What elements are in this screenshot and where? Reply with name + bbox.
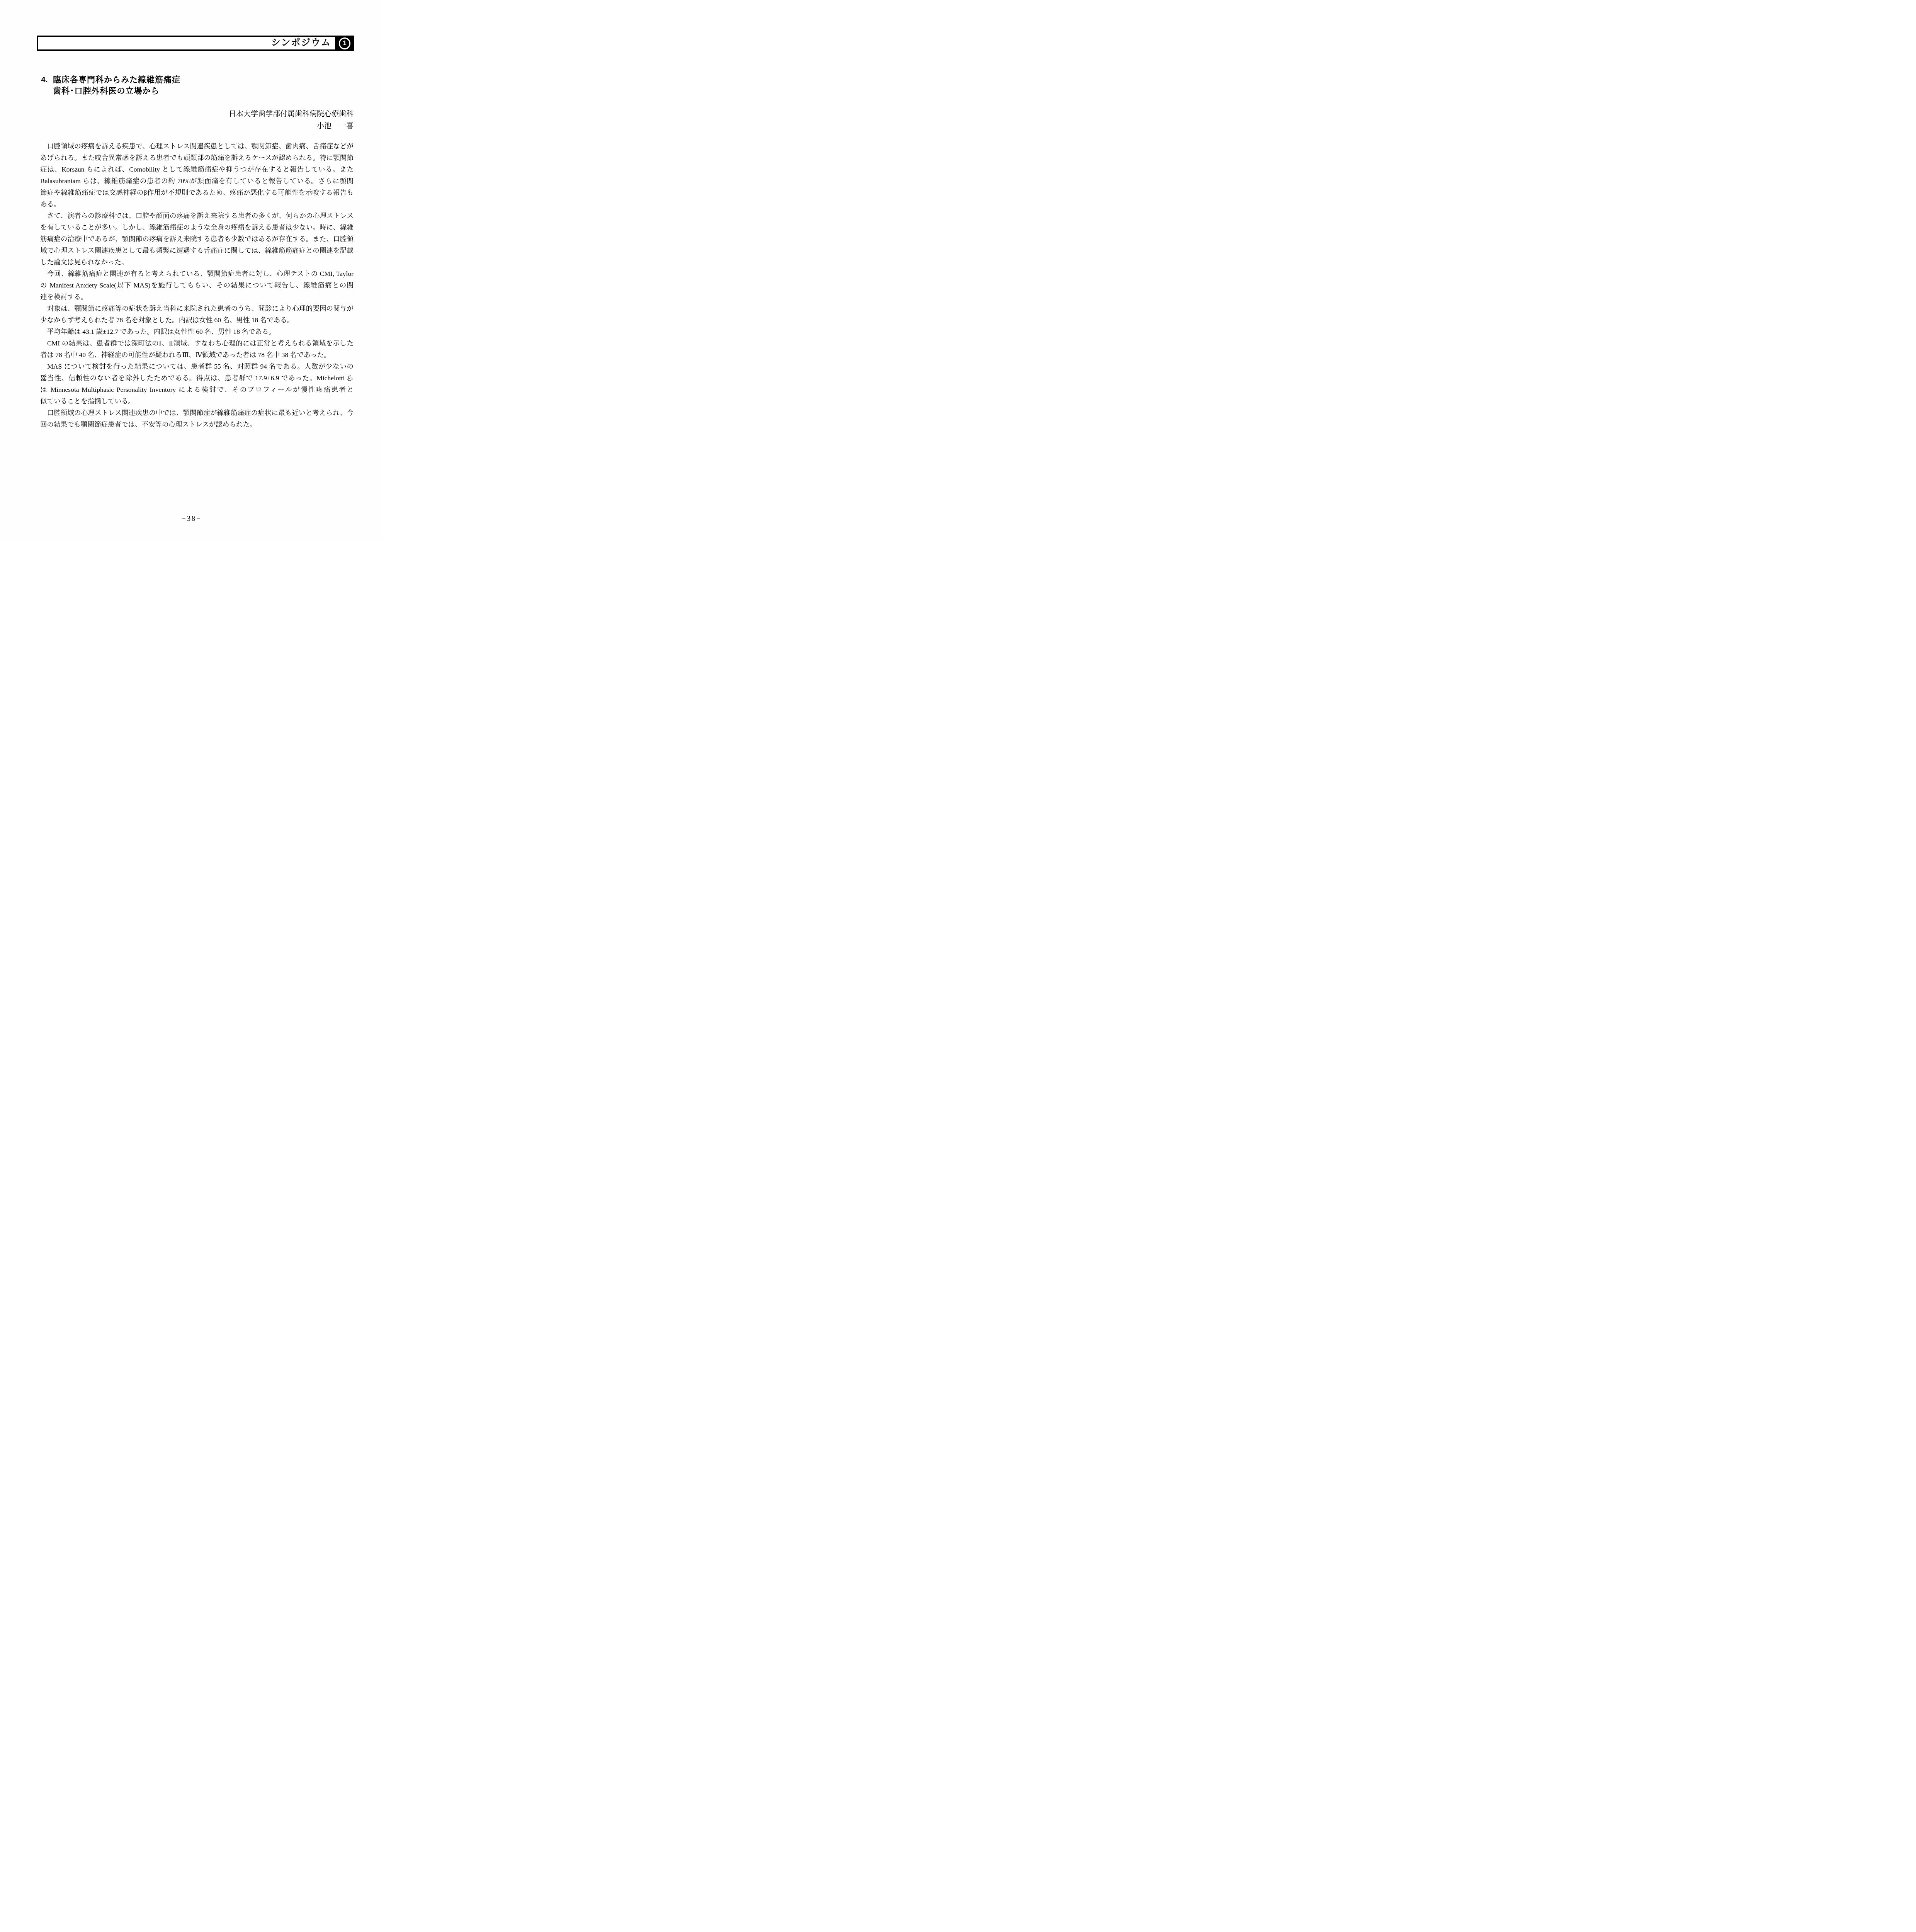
- body-line: した論文は見られなかった。: [40, 256, 354, 268]
- body-line: MAS について検討を行った結果については、患者群 55 名、対照群 94 名で…: [40, 361, 354, 372]
- body-line: ある。: [40, 198, 354, 210]
- body-line: は Minnesota Multiphasic Personality Inve…: [40, 384, 354, 395]
- header-label: シンポジウム: [271, 38, 331, 48]
- circled-number-1-icon: 1: [339, 37, 350, 49]
- body-line: 症は、Korszun らによれば、Comobility として線維筋痛症や抑うつ…: [40, 163, 354, 175]
- header-banner: シンポジウム 1: [37, 36, 354, 51]
- header-badge: 1: [335, 37, 354, 49]
- body-line: 似ていることを指摘している。: [40, 395, 354, 407]
- body-line: 対象は、顎関節に疼痛等の症状を訴え当科に来院された患者のうち、問診により心理的要…: [40, 303, 354, 314]
- abstract-body: 口腔領域の疼痛を訴える疾患で、心理ストレス関連疾患としては、顎関節症、歯肉痛、舌…: [40, 140, 354, 430]
- author-name: 小池 一喜: [229, 120, 354, 132]
- body-line: 節症や線維筋痛症では交感神経のβ作用が不規則であるため、疼痛が悪化する可能性を示…: [40, 187, 354, 198]
- body-line: 連を検討する。: [40, 291, 354, 303]
- body-line: 口腔領域の疼痛を訴える疾患で、心理ストレス関連疾患としては、顎関節症、歯肉痛、舌…: [40, 140, 354, 152]
- body-line: 妥当性、信頼性のない者を除外したためである。得点は、患者群で 17.9±6.9 …: [40, 372, 354, 384]
- body-line: さて、演者らの診療科では、口腔や顔面の疼痛を訴え来院する患者の多くが、何らかの心…: [40, 210, 354, 221]
- affiliation: 日本大学歯学部付属歯科病院心療歯科: [229, 108, 354, 120]
- title-number: 4.: [41, 74, 53, 85]
- body-line: Balasubraniam らは、線維筋痛症の患者の約 70%が顔面痛を有してい…: [40, 175, 354, 187]
- body-line: 筋痛症の治療中であるが、顎関節の疼痛を訴え来院する患者も少数ではあるが存在する。…: [40, 233, 354, 245]
- page-number: −38−: [0, 515, 383, 523]
- body-line: の Manifest Anxiety Scale(以下 MAS)を施行してもらい…: [40, 279, 354, 291]
- body-line: を有していることが多い。しかし、線維筋痛症のような全身の疼痛を訴える患者は少ない…: [40, 221, 354, 233]
- title-line-1: 4. 臨床各専門科からみた線維筋痛症: [41, 74, 180, 85]
- body-line: 少なからず考えられた者 78 名を対象とした。内訳は女性 60 名、男性 18 …: [40, 314, 354, 326]
- scanned-document-page: シンポジウム 1 4. 臨床各専門科からみた線維筋痛症 歯科･口腔外科医の立場か…: [0, 0, 383, 542]
- body-line: 口腔領域の心理ストレス関連疾患の中では、顎関節症が線維筋痛症の症状に最も近いと考…: [40, 407, 354, 418]
- body-line: あげられる。また咬合異常感を訴える患者でも頭頚部の筋痛を訴えるケースが認められる…: [40, 152, 354, 163]
- body-line: CMI の結果は、患者群では深町法のⅠ、Ⅱ領域、すなわち心理的には正常と考えられ…: [40, 337, 354, 349]
- body-line: 域で心理ストレス関連疾患として最も頻繁に遭遇する舌痛症に関しては、線維筋筋痛症と…: [40, 245, 354, 256]
- paper-title: 4. 臨床各専門科からみた線維筋痛症 歯科･口腔外科医の立場から: [41, 74, 180, 97]
- byline: 日本大学歯学部付属歯科病院心療歯科 小池 一喜: [229, 108, 354, 132]
- title-text: 臨床各専門科からみた線維筋痛症: [53, 74, 180, 85]
- body-line: 者は 78 名中 40 名、神経症の可能性が疑われるⅢ、Ⅳ領域であった者は 78…: [40, 349, 354, 361]
- title-line-2: 歯科･口腔外科医の立場から: [41, 85, 180, 97]
- body-line: 回の結果でも顎関節症患者では、不安等の心理ストレスが認められた。: [40, 418, 354, 430]
- body-line: 平均年齢は 43.1 歳±12.7 であった。内訳は女性性 60 名、男性 18…: [40, 326, 354, 337]
- body-line: 今回、線維筋痛症と関連が有ると考えられている、顎関節症患者に対し、心理テストの …: [40, 268, 354, 279]
